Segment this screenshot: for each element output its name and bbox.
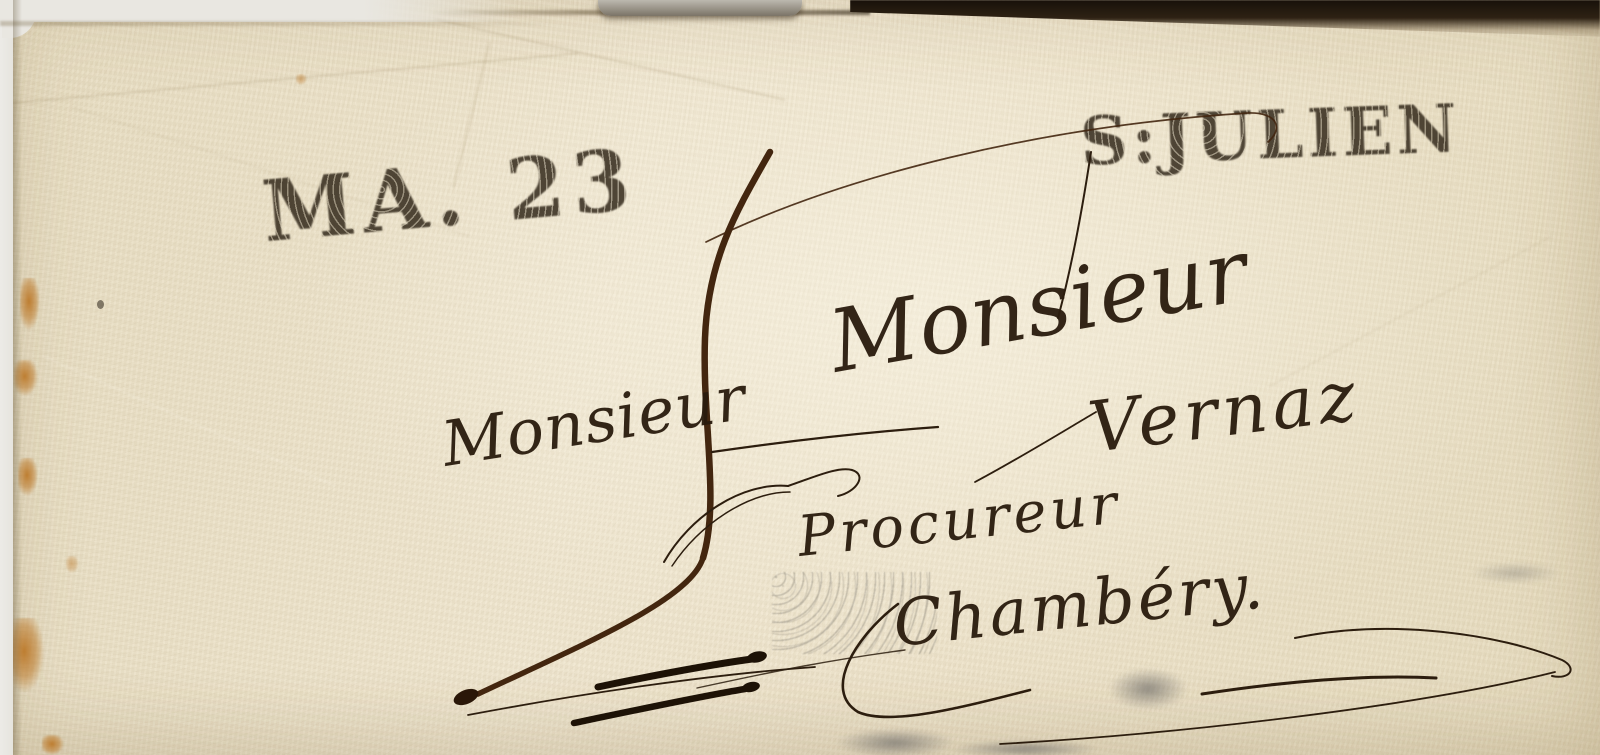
paraph-underline (574, 650, 768, 723)
address-block: Monsieur Monsieur Vernaz Procureur Chamb… (436, 152, 1571, 744)
letter-scan: MA. 23 S:JULIEN 5 Monsieur Monsieur Vern… (0, 0, 1600, 755)
address-salutation-repeat: Monsieur (436, 360, 754, 481)
recipient-name: Vernaz (1084, 354, 1365, 469)
handwriting-layer: 5 Monsieur Monsieur Vernaz Procureur Cha… (0, 0, 1600, 755)
recipient-title: Procureur (794, 471, 1124, 570)
address-salutation: Monsieur (820, 220, 1259, 393)
destination-city: Chambéry. (890, 549, 1269, 662)
